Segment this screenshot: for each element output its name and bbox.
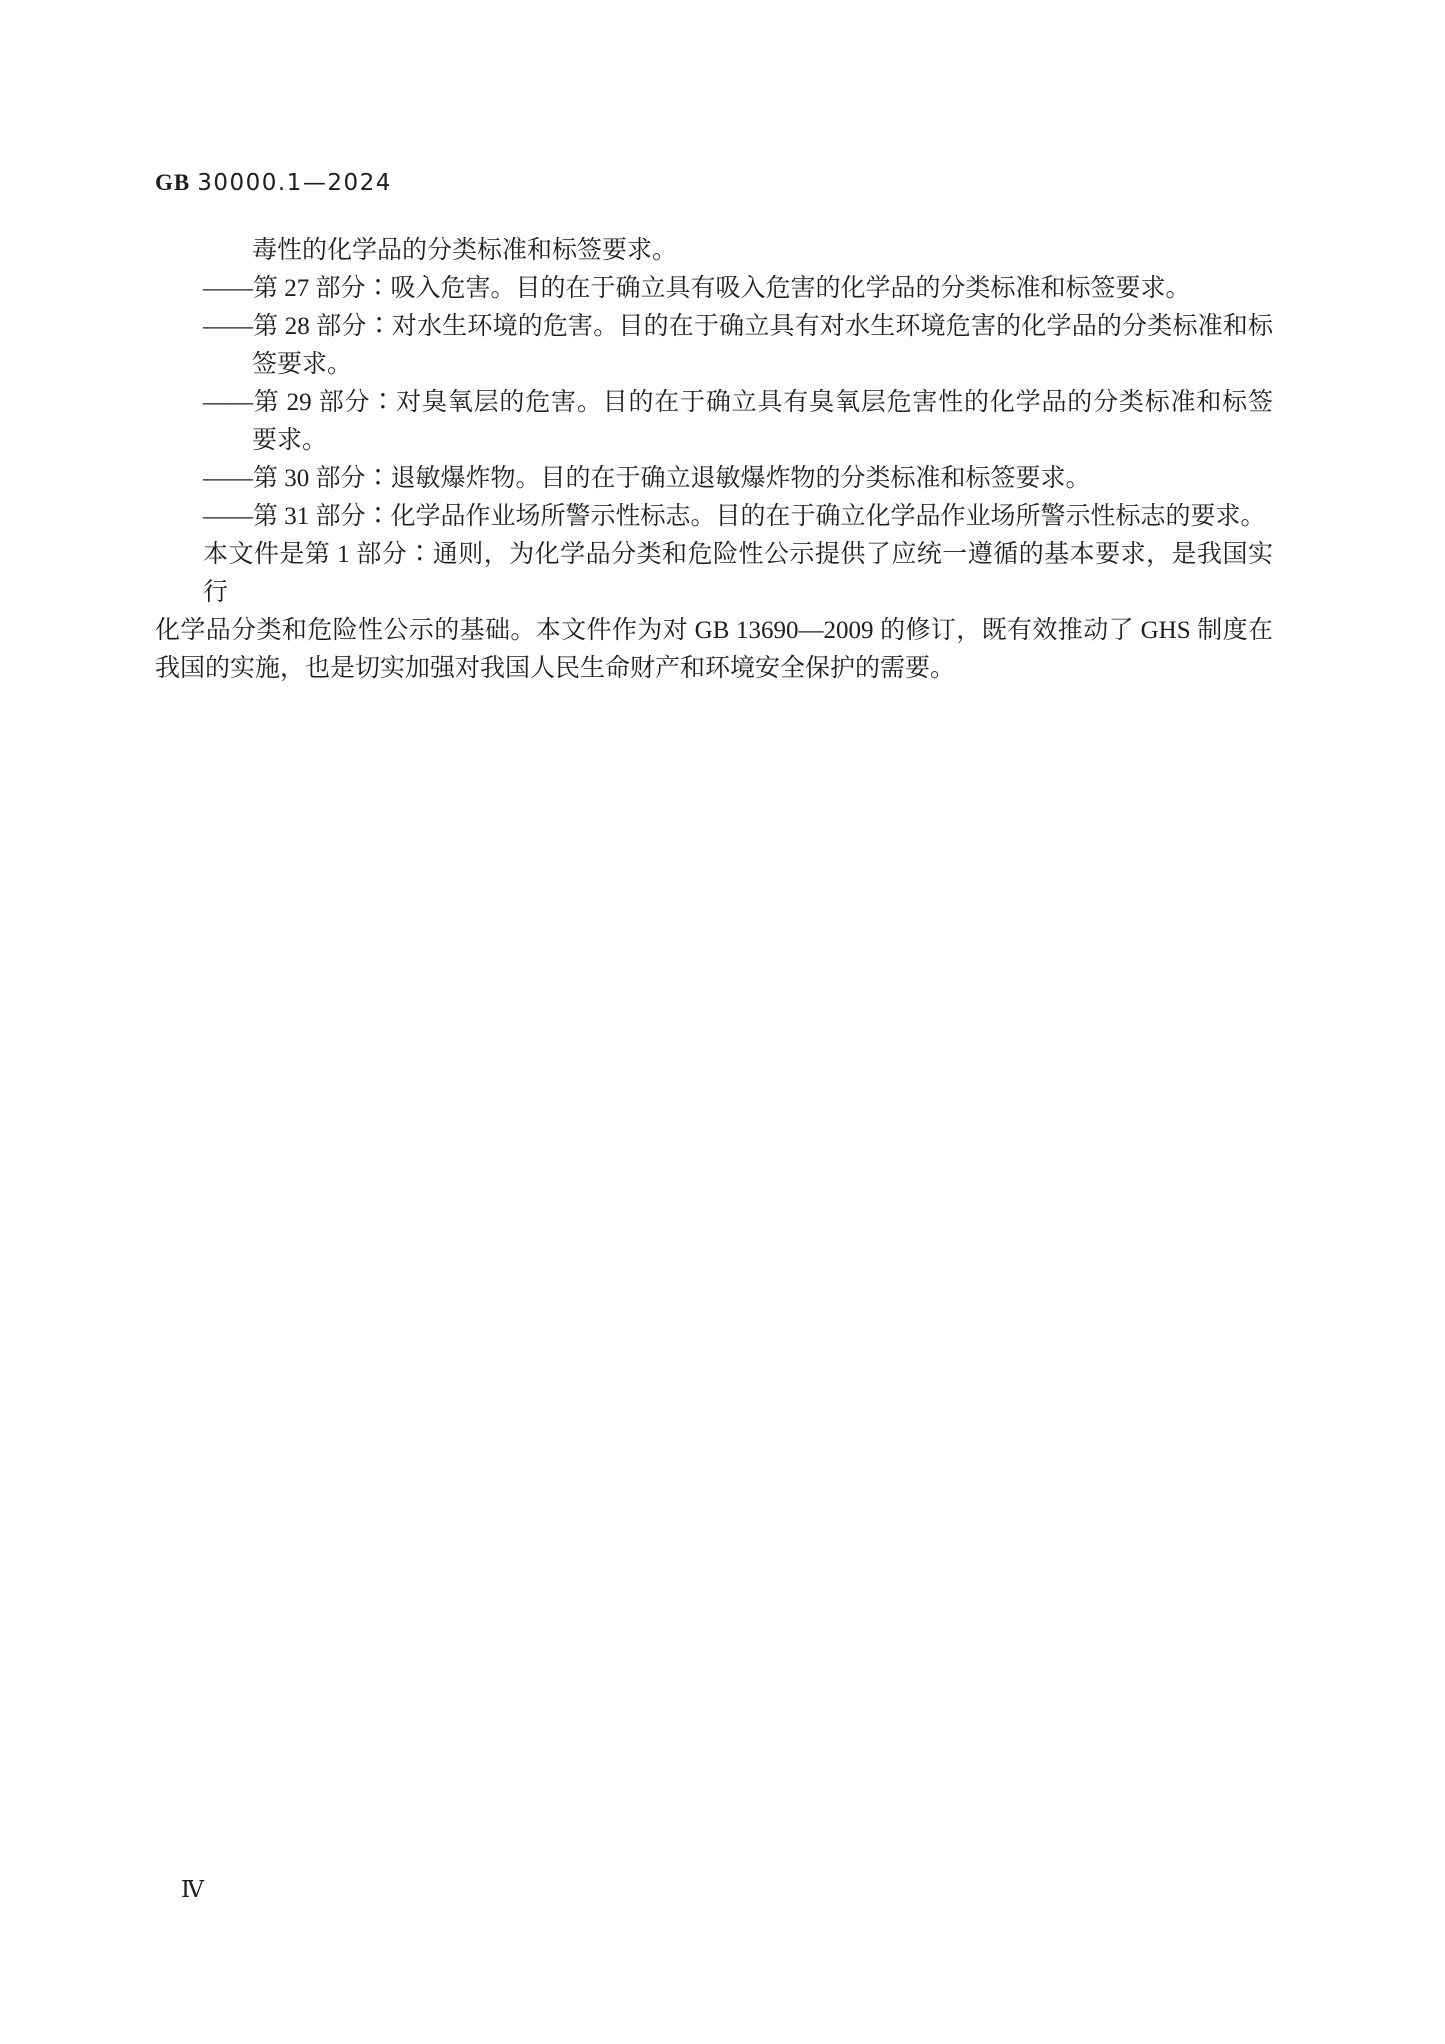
body-line-part-27: ——第 27 部分∶吸入危害。目的在于确立具有吸入危害的化学品的分类标准和标签要… [155,270,1273,308]
document-page: GB30000.1—2024 毒性的化学品的分类标准和标签要求。 ——第 27 … [0,0,1445,2044]
page-number: Ⅳ [181,1876,204,1904]
body-line-closing-1: 本文件是第 1 部分∶通则，为化学品分类和危险性公示提供了应统一遵循的基本要求，… [155,536,1273,612]
body-line-part-30: ——第 30 部分∶退敏爆炸物。目的在于确立退敏爆炸物的分类标准和标签要求。 [155,460,1273,498]
body-line-closing-3: 我国的实施，也是切实加强对我国人民生命财产和环境安全保护的需要。 [155,650,1273,688]
body-line-part-31: ——第 31 部分∶化学品作业场所警示性标志。目的在于确立化学品作业场所警示性标… [155,498,1273,536]
body-line-continuation: 毒性的化学品的分类标准和标签要求。 [155,232,1273,270]
standard-prefix: GB [155,170,190,195]
body-line-part-28: ——第 28 部分∶对水生环境的危害。目的在于确立具有对水生环境危害的化学品的分… [155,308,1273,346]
standard-code: 30000.1—2024 [197,170,392,196]
body-line-closing-2: 化学品分类和危险性公示的基础。本文件作为对 GB 13690—2009 的修订，… [155,612,1273,650]
body-line-part-28-cont: 签要求。 [155,346,1273,384]
body-text: 毒性的化学品的分类标准和标签要求。 ——第 27 部分∶吸入危害。目的在于确立具… [155,232,1273,688]
body-line-part-29: ——第 29 部分∶对臭氧层的危害。目的在于确立具有臭氧层危害性的化学品的分类标… [155,384,1273,422]
body-line-part-29-cont: 要求。 [155,422,1273,460]
standard-number-header: GB30000.1—2024 [155,169,392,197]
